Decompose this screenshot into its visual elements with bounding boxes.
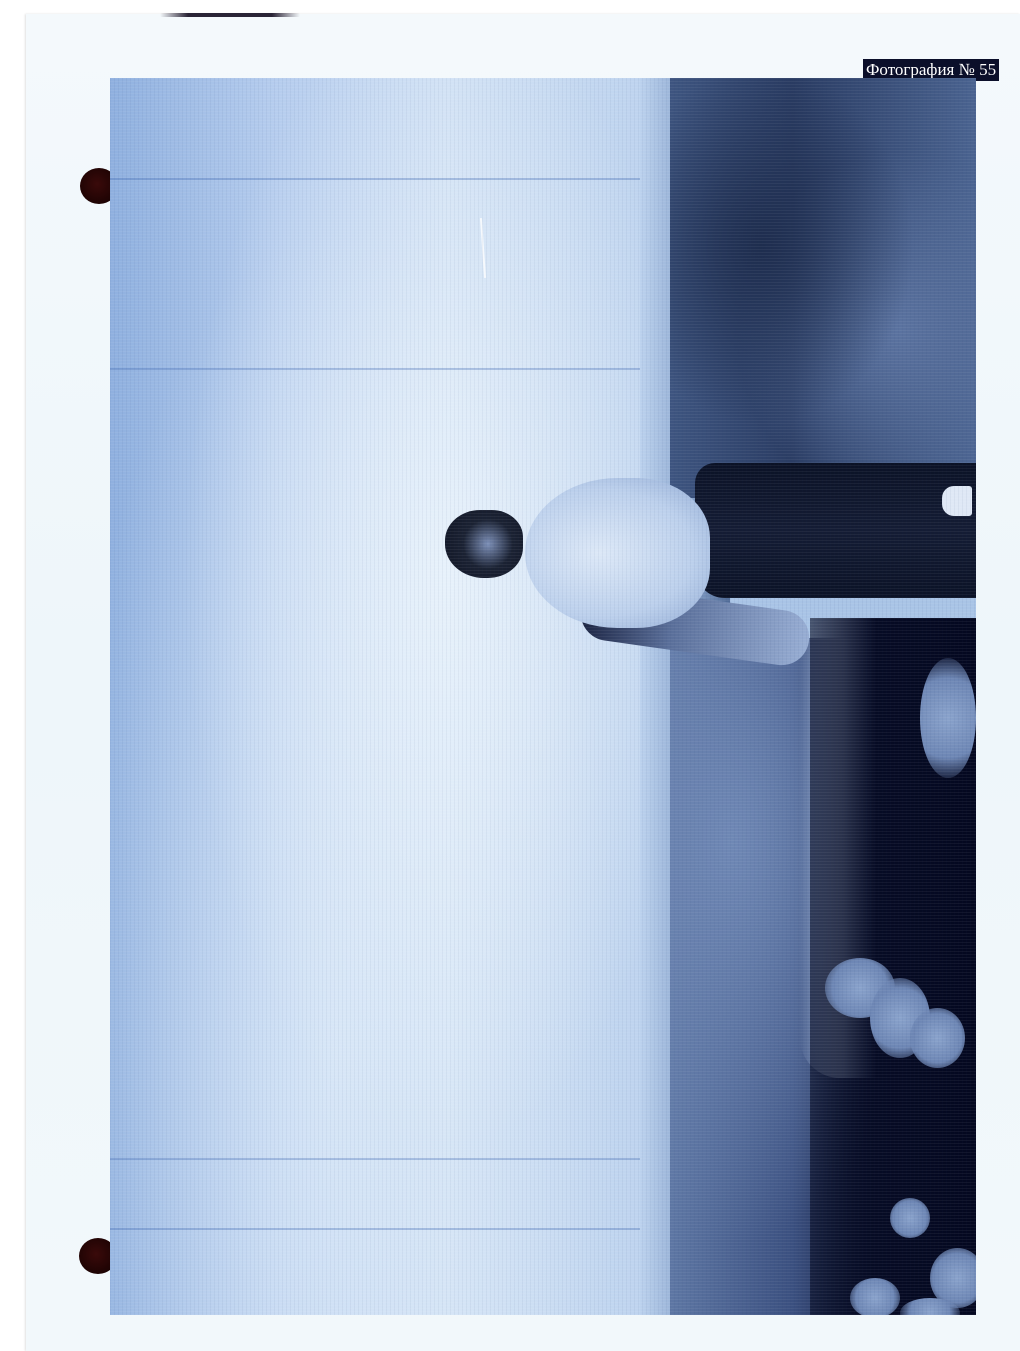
person-shirt: [525, 478, 710, 628]
person-figure: [110, 78, 976, 1315]
photograph: [110, 78, 976, 1315]
scan-edge-shadow: [160, 13, 300, 17]
person-trousers: [695, 463, 976, 598]
person-head: [445, 510, 523, 578]
person-shoe: [942, 486, 972, 516]
